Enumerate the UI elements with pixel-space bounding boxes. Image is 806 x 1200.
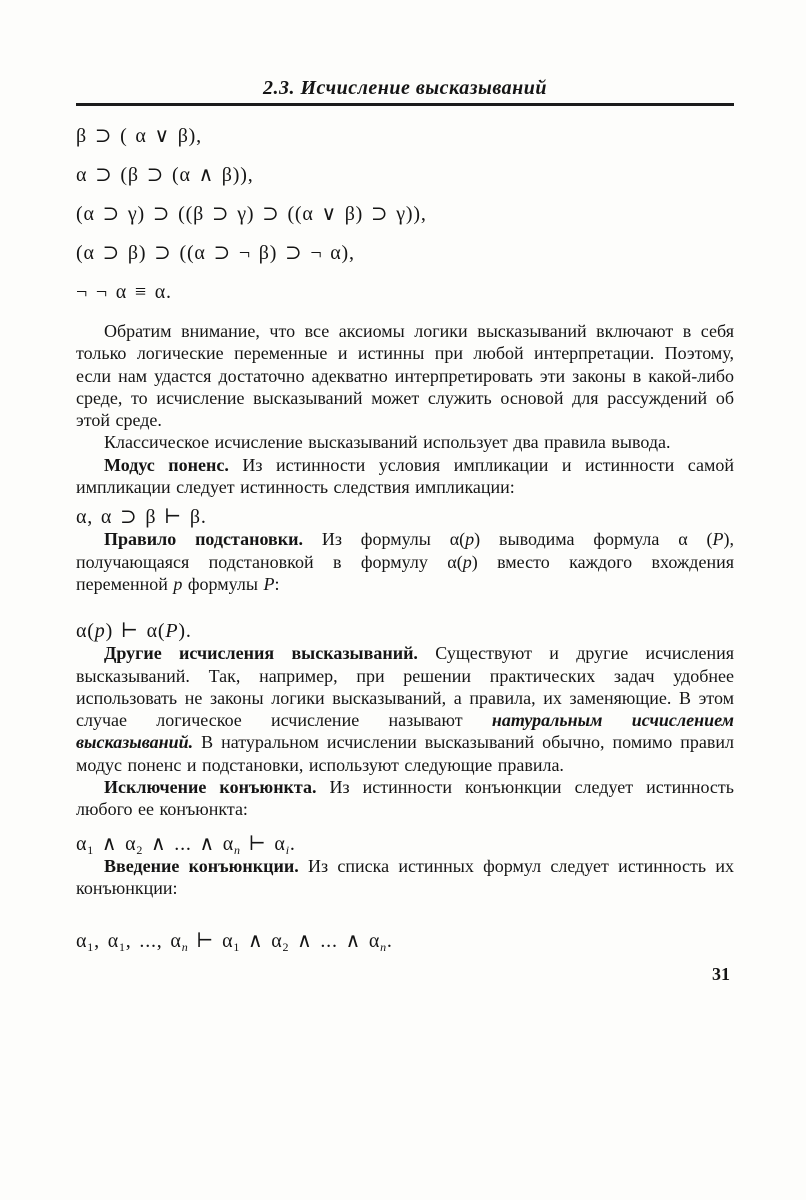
axiom-list: β ⊃ ( α ∨ β), α ⊃ (β ⊃ (α ∧ β)), (α ⊃ γ)…: [76, 125, 734, 303]
axiom-formula-4: (α ⊃ β) ⊃ ((α ⊃ ¬ β) ⊃ ¬ α),: [76, 242, 734, 264]
formula-substitution: α(p) ⊢ α(P).: [76, 620, 734, 642]
variable-p: p: [463, 552, 472, 572]
conjunct-elimination-heading: Исключение конъюнкта.: [104, 777, 317, 797]
formula-segment: α: [76, 833, 87, 855]
formula-segment: .: [290, 833, 296, 855]
conjunction-introduction-heading: Введение конъюнкции.: [104, 856, 299, 876]
text-segment: формулы: [182, 574, 263, 594]
paragraph-classical: Классическое исчисление высказываний исп…: [76, 431, 734, 453]
axiom-formula-5: ¬ ¬ α ≡ α.: [76, 281, 734, 303]
section-title: 2.3. Исчисление высказываний: [76, 76, 734, 100]
paragraph-other-calculi: Другие исчисления высказываний. Существу…: [76, 642, 734, 776]
formula-segment: ∧ α: [240, 930, 282, 952]
paragraph-conjunction-introduction: Введение конъюнкции. Из списка истинных …: [76, 855, 734, 900]
formula-segment: .: [387, 930, 393, 952]
variable-P: P: [263, 574, 274, 594]
other-calculi-heading: Другие исчисления высказываний.: [104, 643, 418, 663]
book-page: 2.3. Исчисление высказываний β ⊃ ( α ∨ β…: [0, 0, 806, 1200]
formula-segment: , ..., α: [126, 930, 182, 952]
formula-segment: α(: [76, 620, 95, 642]
text-segment: ) выводима формула α (: [474, 529, 712, 549]
paragraph-conjunct-elimination: Исключение конъюнкта. Из истинности конъ…: [76, 776, 734, 821]
formula-segment: ⊢ α: [241, 833, 286, 855]
subscript-1: 1: [119, 940, 126, 954]
modus-ponens-heading: Модус поненс.: [104, 455, 229, 475]
formula-segment: , α: [94, 930, 119, 952]
formula-conjunct-elimination: α1 ∧ α2 ∧ ... ∧ αn ⊢ αi.: [76, 833, 734, 855]
formula-segment: α: [76, 930, 87, 952]
formula-segment: ⊢ α: [189, 930, 234, 952]
formula-segment: ) ⊢ α(: [106, 620, 166, 642]
variable-P: P: [165, 620, 178, 642]
text-segment: Из формулы α(: [303, 529, 465, 549]
axiom-formula-1: β ⊃ ( α ∨ β),: [76, 125, 734, 147]
subscript-n: n: [380, 940, 387, 954]
formula-modus-ponens: α, α ⊃ β ⊢ β.: [76, 506, 734, 528]
formula-segment: ∧ α: [94, 833, 136, 855]
variable-P: P: [712, 529, 723, 549]
substitution-heading: Правило подстановки.: [104, 529, 303, 549]
header-rule: [76, 103, 734, 106]
paragraph-remark: Обратим внимание, что все аксиомы логики…: [76, 320, 734, 431]
paragraph-substitution: Правило подстановки. Из формулы α(p) выв…: [76, 528, 734, 595]
text-segment: :: [274, 574, 279, 594]
formula-conjunction-introduction: α1, α1, ..., αn ⊢ α1 ∧ α2 ∧ ... ∧ αn.: [76, 930, 734, 952]
formula-segment: ∧ ... ∧ α: [289, 930, 380, 952]
variable-p: p: [465, 529, 474, 549]
axiom-formula-3: (α ⊃ γ) ⊃ ((β ⊃ γ) ⊃ ((α ∨ β) ⊃ γ)),: [76, 203, 734, 225]
paragraph-modus-ponens: Модус поненс. Из истинности условия импл…: [76, 454, 734, 499]
page-number: 31: [76, 964, 734, 985]
formula-segment: ).: [178, 620, 191, 642]
subscript-n: n: [182, 940, 189, 954]
axiom-formula-2: α ⊃ (β ⊃ (α ∧ β)),: [76, 164, 734, 186]
variable-p: p: [95, 620, 106, 642]
page-header: 2.3. Исчисление высказываний: [76, 76, 734, 106]
formula-segment: ∧ ... ∧ α: [143, 833, 234, 855]
